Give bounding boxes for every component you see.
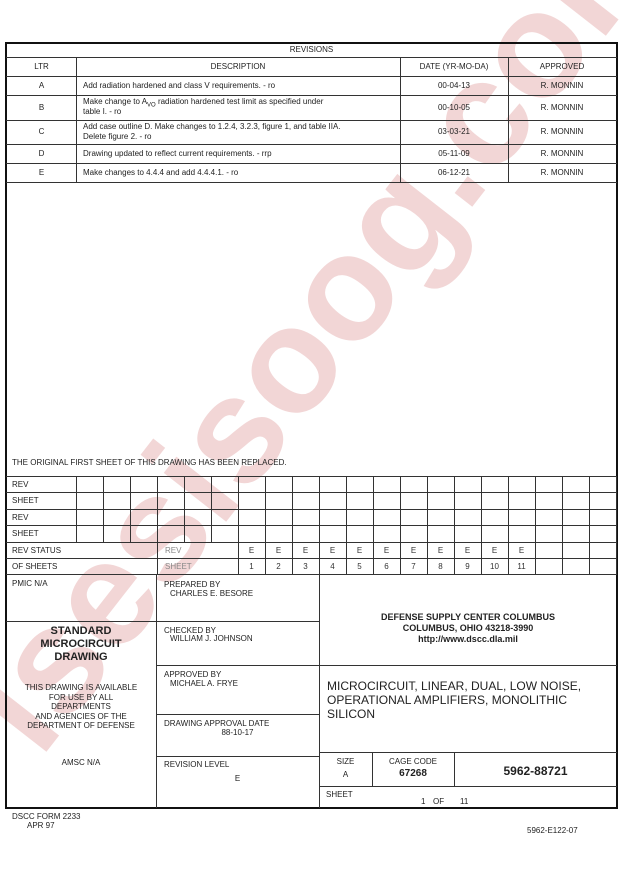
revision-ltr: D	[7, 149, 76, 159]
description-text: radiation hardened test limit as specifi…	[156, 97, 324, 106]
title-line: DRAWING	[6, 651, 156, 664]
sheet-of-label: OF	[433, 797, 444, 807]
revision-approver: R. MONNIN	[508, 103, 616, 113]
description-subscript: VO	[147, 103, 156, 109]
revision-ltr: E	[7, 168, 76, 178]
revision-date: 00-10-05	[400, 103, 508, 113]
rev-status-cell: E	[427, 542, 454, 558]
revision-ltr: A	[7, 81, 76, 91]
rev-status-cell: E	[292, 542, 319, 558]
availability-statement: THIS DRAWING IS AVAILABLE FOR USE BY ALL…	[6, 683, 156, 731]
rev-status-cell: E	[454, 542, 481, 558]
approved-by-name: MICHAEL A. FRYE	[170, 679, 238, 689]
form-date: APR 97	[27, 821, 55, 831]
header-description: DESCRIPTION	[76, 62, 400, 72]
size-value: A	[319, 770, 372, 780]
statement-line: FOR USE BY ALL	[6, 693, 156, 703]
description-text: Make change to A	[83, 97, 147, 106]
header-date: DATE (YR-MO-DA)	[400, 62, 508, 72]
sheet-label: SHEET	[326, 790, 353, 800]
revision-level-value: E	[156, 774, 319, 784]
revisions-title: REVISIONS	[7, 45, 616, 55]
sheet-number-cell: 10	[481, 558, 508, 574]
revision-description: Drawing updated to reflect current requi…	[83, 149, 272, 159]
rev-status-cell: E	[265, 542, 292, 558]
statement-line: DEPARTMENT OF DEFENSE	[6, 721, 156, 731]
sheet-number-cell: 2	[265, 558, 292, 574]
status-sheet-label: SHEET	[165, 562, 192, 572]
title-line: STANDARD	[6, 625, 156, 638]
sheet-number-cell: 1	[238, 558, 265, 574]
sheet-number-cell: 9	[454, 558, 481, 574]
sheet-number-cell: 6	[373, 558, 400, 574]
revision-approver: R. MONNIN	[508, 149, 616, 159]
sheet-number-cell: 5	[346, 558, 373, 574]
grid-label-sheet: SHEET	[12, 496, 39, 506]
title-line: MICROCIRCUIT	[6, 638, 156, 651]
grid-label-sheet: SHEET	[12, 529, 39, 539]
agency-address: COLUMBUS, OHIO 43218-3990	[319, 623, 617, 634]
statement-line: AND AGENCIES OF THE	[6, 712, 156, 722]
revision-level-label: REVISION LEVEL	[164, 760, 229, 770]
rev-status-cell: E	[373, 542, 400, 558]
revision-ltr: B	[7, 103, 76, 113]
approval-date-value: 88-10-17	[156, 728, 319, 738]
sheet-number-cell: 7	[400, 558, 427, 574]
status-rev-label: REV	[165, 546, 181, 556]
part-title: MICROCIRCUIT, LINEAR, DUAL, LOW NOISE, O…	[327, 679, 581, 721]
rev-status-cell: E	[400, 542, 427, 558]
sheet-number-cell: 11	[508, 558, 535, 574]
revision-description: Add case outline D. Make changes to 1.2.…	[83, 122, 341, 132]
rev-status-cell: E	[319, 542, 346, 558]
revision-description: Make changes to 4.4.4 and add 4.4.4.1. -…	[83, 168, 238, 178]
part-title-line: OPERATIONAL AMPLIFIERS, MONOLITHIC	[327, 693, 581, 707]
agency-url[interactable]: http://www.dscc.dla.mil	[319, 634, 617, 645]
cage-code-label: CAGE CODE	[372, 757, 454, 767]
revision-date: 06-12-21	[400, 168, 508, 178]
part-title-line: MICROCIRCUIT, LINEAR, DUAL, LOW NOISE,	[327, 679, 581, 693]
replaced-note: THE ORIGINAL FIRST SHEET OF THIS DRAWING…	[12, 458, 287, 468]
document-code: 5962-E122-07	[527, 826, 578, 836]
agency-block: DEFENSE SUPPLY CENTER COLUMBUS COLUMBUS,…	[319, 612, 617, 645]
cage-code-value: 67268	[372, 768, 454, 779]
revision-date: 00-04-13	[400, 81, 508, 91]
prepared-by-name: CHARLES E. BESORE	[170, 589, 253, 599]
header-ltr: LTR	[7, 62, 76, 72]
rev-status-label: REV STATUS	[12, 546, 61, 556]
statement-line: THIS DRAWING IS AVAILABLE	[6, 683, 156, 693]
grid-label-rev: REV	[12, 480, 28, 490]
agency-name: DEFENSE SUPPLY CENTER COLUMBUS	[319, 612, 617, 623]
revision-date: 05-11-09	[400, 149, 508, 159]
revision-approver: R. MONNIN	[508, 168, 616, 178]
statement-line: DEPARTMENTS	[6, 702, 156, 712]
part-number: 5962-88721	[454, 764, 617, 778]
pmic-label: PMIC N/A	[12, 579, 48, 589]
checked-by-name: WILLIAM J. JOHNSON	[170, 634, 253, 644]
header-approved: APPROVED	[508, 62, 616, 72]
rev-status-cell: E	[346, 542, 373, 558]
sheet-total: 11	[460, 797, 468, 807]
sheet-number-cell: 8	[427, 558, 454, 574]
revision-description-line2: Delete figure 2. - ro	[83, 132, 151, 142]
revision-approver: R. MONNIN	[508, 127, 616, 137]
sheet-number: 1	[421, 797, 425, 807]
sheet-number-cell: 4	[319, 558, 346, 574]
standard-microcircuit-drawing-title: STANDARD MICROCIRCUIT DRAWING	[6, 625, 156, 664]
revision-approver: R. MONNIN	[508, 81, 616, 91]
revision-ltr: C	[7, 127, 76, 137]
revision-description: Add radiation hardened and class V requi…	[83, 81, 275, 91]
size-label: SIZE	[319, 757, 372, 767]
amsc-label: AMSC N/A	[6, 758, 156, 768]
rev-status-cell: E	[508, 542, 535, 558]
revision-date: 03-03-21	[400, 127, 508, 137]
rev-status-cell: E	[238, 542, 265, 558]
part-title-line: SILICON	[327, 707, 581, 721]
grid-label-rev: REV	[12, 513, 28, 523]
sheet-number-cell: 3	[292, 558, 319, 574]
of-sheets-label: OF SHEETS	[12, 562, 57, 572]
rev-status-cell: E	[481, 542, 508, 558]
revision-description-line2: table I. - ro	[83, 107, 121, 117]
